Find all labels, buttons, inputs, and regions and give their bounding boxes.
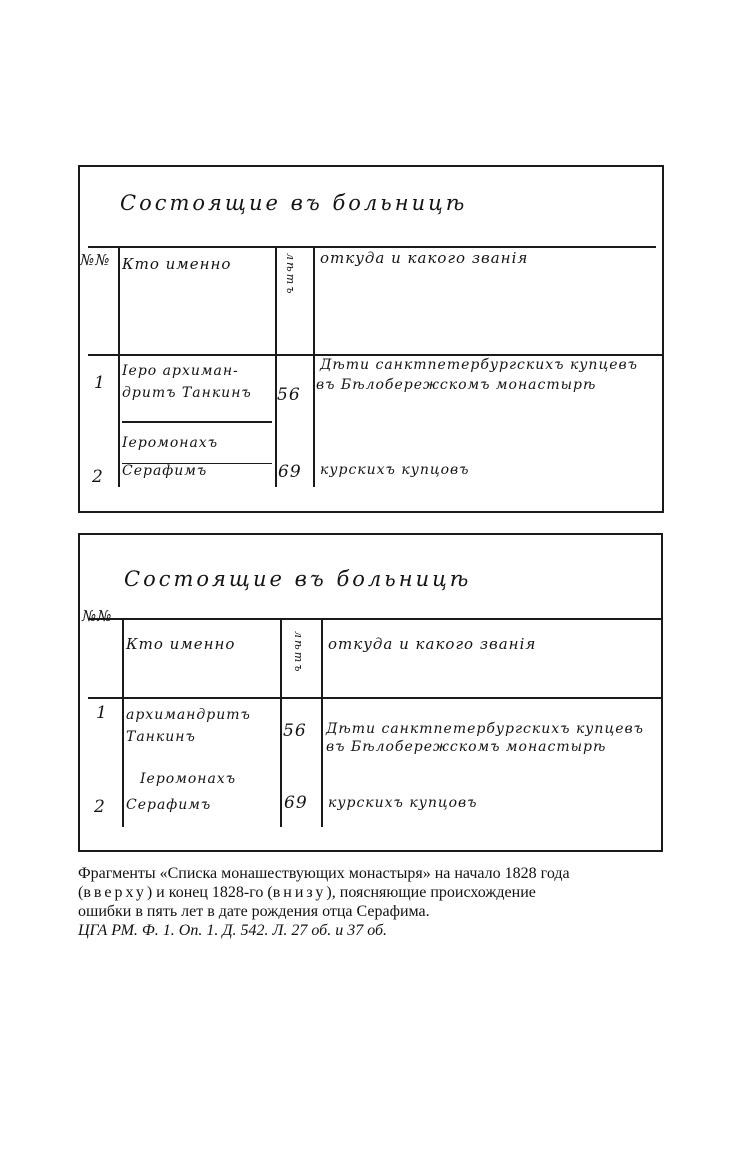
row-origin: въ Бѣлобережскомъ монастырѣ [316,377,596,393]
column-divider [275,247,277,487]
header-rule [88,246,656,248]
row-rule [88,354,662,356]
header-age: лѣтъ [284,253,297,295]
caption-text: ), поясняющие происхождение [326,884,535,901]
row-origin: курскихъ купцовъ [328,795,478,811]
row-number: 1 [96,703,108,723]
archive-fragment-lower: Состоящие въ больницѣ №№ Кто именно лѣтъ… [78,533,663,852]
row-who: Iеромонахъ [122,435,218,451]
row-number: 1 [94,373,106,393]
caption-line: ошибки в пять лет в дате рождения отца С… [78,902,678,921]
cell-separator [122,421,272,423]
fragment-title: Состоящие въ больницѣ [120,191,467,215]
row-age: 56 [283,721,307,741]
row-origin: Дѣти санктпетербургскихъ купцевъ [320,357,638,373]
column-divider [118,247,120,487]
header-who: Кто именно [126,635,235,653]
row-number: 2 [94,797,106,817]
row-age: 69 [284,793,308,813]
row-who: Iеромонахъ [140,771,236,787]
row-who: дритъ Танкинъ [122,385,252,401]
caption-text: Фрагменты «Списка монашествующих монасты… [78,865,570,882]
caption-text: ошибки в пять лет в дате рождения отца С… [78,903,430,920]
figure-caption: Фрагменты «Списка монашествующих монасты… [78,864,678,940]
row-who: Серафимъ [126,797,211,813]
caption-emphasis-bottom: внизу [273,884,327,901]
caption-emphasis-top: вверху [83,884,147,901]
row-who: Серафимъ [122,463,207,479]
fragment-title: Состоящие въ больницѣ [124,567,471,591]
row-origin: курскихъ купцовъ [320,462,470,478]
header-number: №№ [80,251,110,269]
row-age: 69 [278,462,302,482]
archive-source-reference: ЦГА РМ. Ф. 1. Оп. 1. Д. 542. Л. 27 об. и… [78,921,678,940]
caption-text: ) и конец 1828-го ( [147,884,273,901]
row-who: Iеро архиман- [122,363,239,379]
caption-line: Фрагменты «Списка монашествующих монасты… [78,864,678,883]
row-age: 56 [277,385,301,405]
header-number: №№ [82,607,112,625]
column-divider [280,619,282,827]
header-rule [88,618,661,620]
row-origin: Дѣти санктпетербургскихъ купцевъ [326,721,644,737]
column-divider [122,619,124,827]
header-age: лѣтъ [292,631,305,673]
caption-line: (вверху) и конец 1828-го (внизу), поясня… [78,883,678,902]
row-who: архимандритъ [126,707,251,723]
archive-fragment-upper: Состоящие въ больницѣ №№ Кто именно лѣтъ… [78,165,664,513]
header-who: Кто именно [122,255,231,273]
row-number: 2 [92,467,104,487]
column-divider [321,619,323,827]
header-origin: откуда и какого званія [328,635,536,653]
column-divider [313,247,315,487]
header-origin: откуда и какого званія [320,249,528,267]
row-origin: въ Бѣлобережскомъ монастырѣ [326,739,606,755]
row-rule [88,697,661,699]
row-who: Танкинъ [126,729,196,745]
